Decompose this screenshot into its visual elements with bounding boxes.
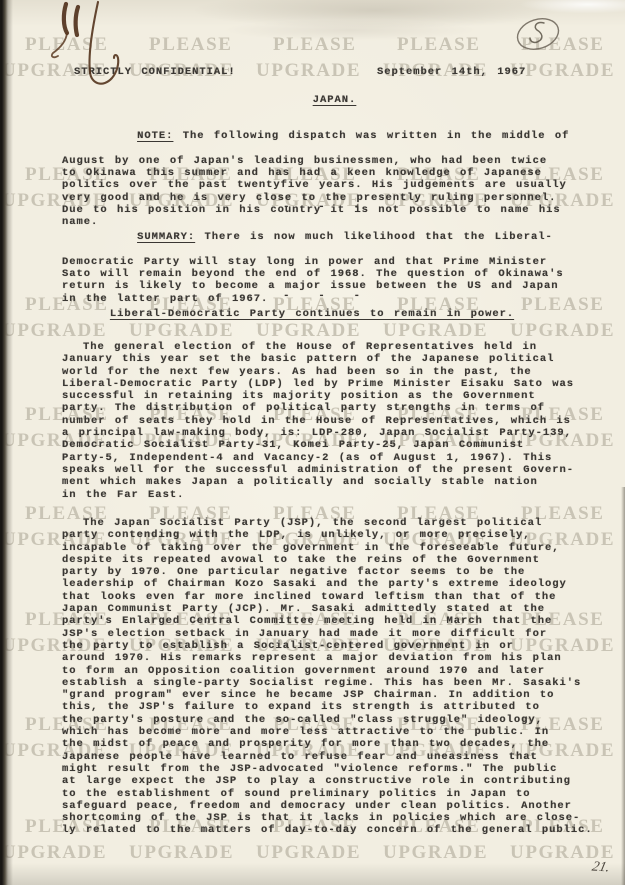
- text-line: The Japan Socialist Party (JSP), the sec…: [62, 517, 622, 529]
- text-line: shortcoming of the JSP is that it lacks …: [62, 812, 622, 824]
- text-line: Democratic Socialist Party-31, Komei Par…: [62, 439, 622, 451]
- text-line: number of seats they hold in the House o…: [62, 415, 622, 427]
- watermark-upgrade-text: UPGRADE: [2, 320, 107, 342]
- text-line: to Okinawa this summer and has had a kee…: [62, 167, 622, 179]
- page-title-text: JAPAN.: [313, 94, 357, 106]
- watermark-upgrade-text: UPGRADE: [129, 842, 234, 864]
- text-line: Japanese people have learned to refuse f…: [62, 751, 622, 763]
- text-line: politics over the past twentyfive years.…: [62, 179, 622, 191]
- text-line: party by 1970. One particular negative f…: [62, 566, 622, 578]
- text-line: in the Far East.: [62, 489, 622, 501]
- body-paragraph-2: The Japan Socialist Party (JSP), the sec…: [62, 517, 622, 837]
- section-divider: - - -: [62, 201, 582, 213]
- text-line: safeguard peace, freedom and democracy u…: [62, 800, 622, 812]
- text-line: successful in retaining its majority pos…: [62, 390, 622, 402]
- summary-label: SUMMARY:: [137, 231, 195, 243]
- scanned-document-page: PLEASEUPGRADEPLEASEUPGRADEPLEASEUPGRADEP…: [0, 0, 625, 885]
- text-line: at large expect the JSP to play a constr…: [62, 775, 622, 787]
- watermark-upgrade-text: UPGRADE: [256, 320, 361, 342]
- text-line: Democratic Party will stay long in power…: [62, 256, 622, 268]
- text-line: JSP's election setback in January had ma…: [62, 628, 622, 640]
- note-label: NOTE:: [137, 130, 173, 142]
- text-line: ly related to the matters of day-to-day …: [62, 824, 622, 836]
- watermark-upgrade-text: UPGRADE: [129, 320, 234, 342]
- note-first-line-text: The following dispatch was written in th…: [173, 130, 569, 142]
- text-line: around 1970. His remarks represent a maj…: [62, 652, 622, 664]
- watermark-upgrade-text: UPGRADE: [2, 842, 107, 864]
- text-line: party. The distribution of political par…: [62, 402, 622, 414]
- watermark-please-text: PLEASE: [273, 34, 357, 56]
- text-line: "grand program" ever since he became JSP…: [62, 689, 622, 701]
- watermark-upgrade-text: UPGRADE: [510, 320, 615, 342]
- text-line: to the establishment of sound preliminar…: [62, 788, 622, 800]
- text-line: The general election of the House of Rep…: [62, 341, 622, 353]
- text-line: this, the JSP's failure to expand its st…: [62, 701, 622, 713]
- text-line: Liberal-Democratic Party (LDP) led by Pr…: [62, 378, 622, 390]
- note-first-line: NOTE: The following dispatch was written…: [62, 118, 622, 155]
- text-line: a principal law-making body, is: LDP-280…: [62, 427, 622, 439]
- text-line: August by one of Japan's leading busines…: [62, 155, 622, 167]
- watermark-upgrade-text: UPGRADE: [256, 60, 361, 82]
- text-line: party contending with the LDP, is unlike…: [62, 529, 622, 541]
- scan-edge-right: [621, 487, 625, 885]
- text-line: the party to establish a Socialist-cente…: [62, 640, 622, 652]
- text-line: January this year set the basic pattern …: [62, 353, 622, 365]
- watermark-upgrade-text: UPGRADE: [383, 320, 488, 342]
- circled-number-mark: [508, 8, 572, 62]
- text-line: speaks well for the successful administr…: [62, 464, 622, 476]
- summary-first-line: SUMMARY: There is now much likelihood th…: [62, 219, 622, 256]
- watermark-upgrade-text: UPGRADE: [256, 842, 361, 864]
- text-line: the party's posture and the so-called "c…: [62, 714, 622, 726]
- pen-scribble-mark: [20, 0, 130, 100]
- section-heading-text: Liberal-Democratic Party continues to re…: [110, 308, 514, 320]
- watermark-please-text: PLEASE: [149, 34, 233, 56]
- circled-number-glyph: [530, 23, 544, 43]
- text-line: might result from the JSP-advocated "vio…: [62, 763, 622, 775]
- watermark-please-text: PLEASE: [397, 34, 481, 56]
- page-title: JAPAN.: [62, 94, 607, 106]
- text-line: party's Enlarged Central Committee meeti…: [62, 615, 622, 627]
- text-line: which has become more and more less attr…: [62, 726, 622, 738]
- page-number: 21.: [590, 860, 611, 877]
- body-paragraph-1: The general election of the House of Rep…: [62, 341, 622, 501]
- watermark-upgrade-text: UPGRADE: [383, 842, 488, 864]
- section-heading: Liberal-Democratic Party continues to re…: [62, 308, 562, 320]
- section-divider: - - -: [62, 290, 582, 302]
- text-line: ment which makes Japan a politically and…: [62, 476, 622, 488]
- text-line: incapable of taking over the government …: [62, 542, 622, 554]
- text-line: Japan Communist Party (JCP). Mr. Sasaki …: [62, 603, 622, 615]
- text-line: leadership of Chairman Kozo Sasaki and t…: [62, 578, 622, 590]
- text-line: the midst of peace and prosperity for mo…: [62, 738, 622, 750]
- text-line: Sato will remain beyond the end of 1968.…: [62, 268, 622, 280]
- note-lines: August by one of Japan's leading busines…: [62, 155, 622, 229]
- text-line: that looks even far more inclined toward…: [62, 591, 622, 603]
- text-line: establish a single-party Socialist regim…: [62, 677, 622, 689]
- summary-first-line-text: There is now much likelihood that the Li…: [195, 231, 553, 243]
- scan-edge-left: [0, 0, 13, 885]
- text-line: despite its repeated avowal to take the …: [62, 554, 622, 566]
- text-line: to form an Opposition coalition governme…: [62, 665, 622, 677]
- text-line: world for the next few years. As had bee…: [62, 366, 622, 378]
- date-label: September 14th, 1967: [377, 66, 526, 78]
- text-line: Party-5, Independent-4 and Vacancy-2 (as…: [62, 452, 622, 464]
